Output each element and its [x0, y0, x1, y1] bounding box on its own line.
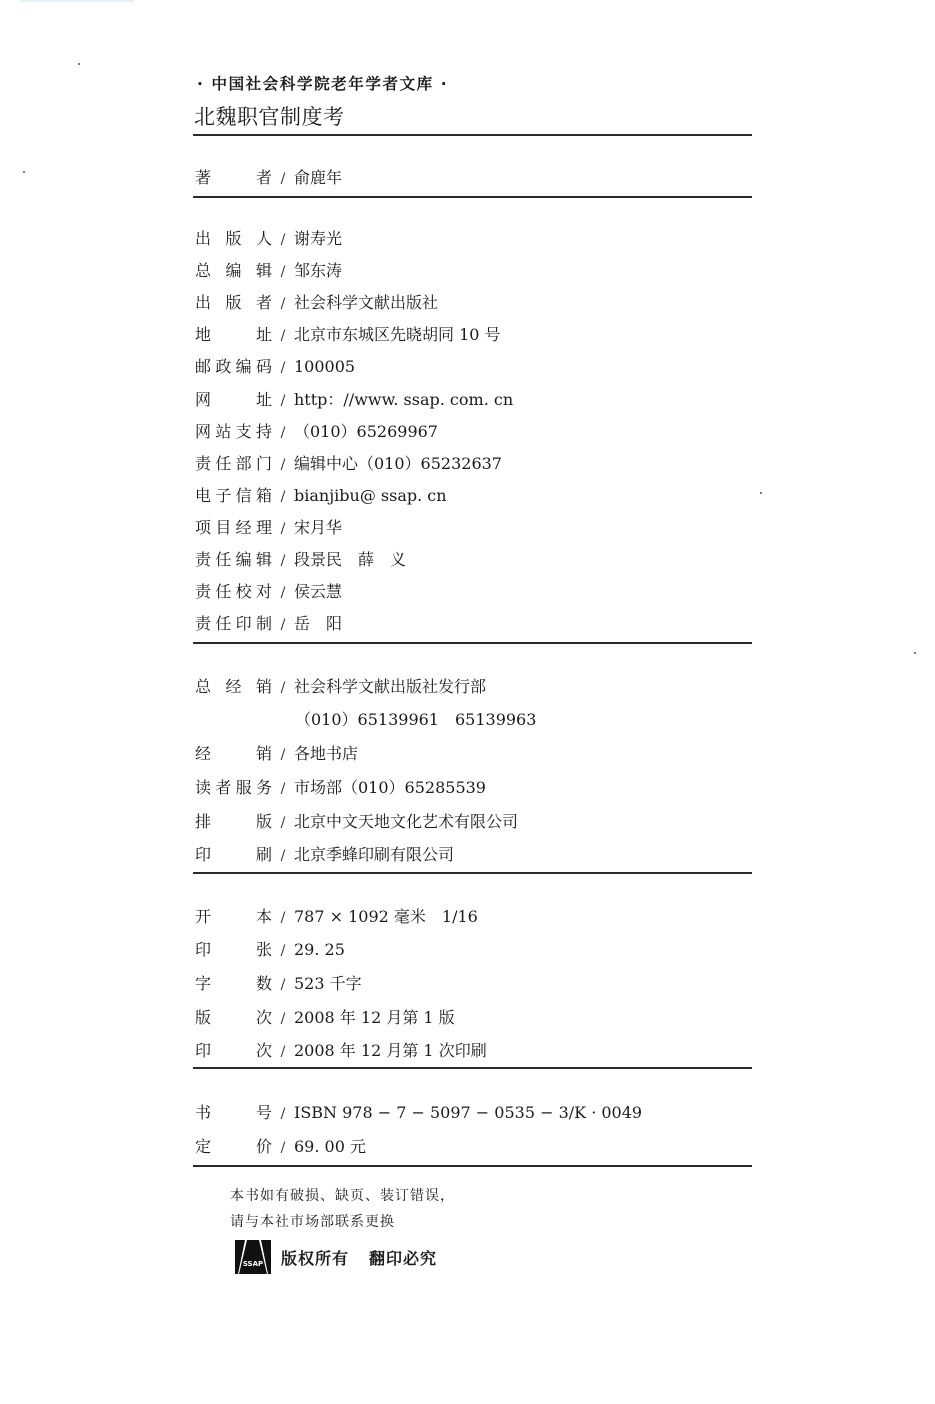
separator: /	[272, 260, 294, 284]
separator: /	[272, 777, 294, 801]
publisher-row: 出版人/谢寿光	[195, 227, 342, 251]
author-row: 著 者/俞鹿年	[195, 166, 342, 190]
project-manager-value: 宋月华	[294, 516, 342, 540]
separator: /	[272, 906, 294, 930]
isbn-value: ISBN 978 − 7 − 5097 − 0535 − 3/K · 0049	[294, 1101, 642, 1125]
impression-label: 印 次	[195, 1039, 272, 1063]
divider	[193, 134, 752, 136]
divider	[193, 196, 752, 198]
isbn-label: 书 号	[195, 1101, 272, 1125]
publisher-label: 出版人	[195, 227, 272, 251]
separator: /	[272, 167, 294, 191]
separator: /	[272, 453, 294, 477]
address-label: 地 址	[195, 323, 272, 347]
typesetting-value: 北京中文天地文化艺术有限公司	[294, 810, 518, 834]
separator: /	[272, 613, 294, 637]
divider	[193, 642, 752, 644]
print-supervisor-value: 岳 阳	[294, 612, 342, 636]
separator: /	[272, 676, 294, 700]
press-label: 出版者	[195, 291, 272, 315]
general-distributor-label: 总经销	[195, 675, 272, 699]
separator: /	[272, 356, 294, 380]
word-count-row: 字 数/523 千字	[195, 972, 362, 996]
web-support-label: 网站支持	[195, 420, 272, 444]
separator: /	[272, 517, 294, 541]
editors-value: 段景民 薛 义	[294, 548, 406, 572]
format-label: 开 本	[195, 905, 272, 929]
distributor-value: 各地书店	[294, 742, 358, 766]
isbn-row: 书 号/ISBN 978 − 7 − 5097 − 0535 − 3/K · 0…	[195, 1101, 642, 1125]
price-label: 定 价	[195, 1135, 272, 1159]
proofreader-row: 责任校对/侯云慧	[195, 580, 342, 604]
sheets-row: 印 张/29. 25	[195, 938, 345, 962]
word-count-value: 523 千字	[294, 972, 362, 996]
divider	[193, 872, 752, 874]
chief-editor-value: 邹东涛	[294, 259, 342, 283]
website-row: 网 址/http：//www. ssap. com. cn	[195, 388, 513, 412]
reader-service-row: 读者服务/市场部（010）65285539	[195, 776, 486, 800]
format-value: 787 × 1092 毫米 1/16	[294, 905, 478, 929]
print-supervisor-row: 责任印制/岳 阳	[195, 612, 342, 636]
reader-service-label: 读者服务	[195, 776, 272, 800]
separator: /	[272, 844, 294, 868]
web-support-value: （010）65269967	[294, 420, 438, 444]
separator: /	[272, 549, 294, 573]
separator: /	[272, 421, 294, 445]
web-support-row: 网站支持/（010）65269967	[195, 420, 438, 444]
typesetting-label: 排 版	[195, 810, 272, 834]
address-row: 地 址/北京市东城区先晓胡同 10 号	[195, 323, 501, 347]
piracy-warning: 翻印必究	[369, 1249, 437, 1268]
scan-speck	[23, 171, 25, 173]
project-manager-row: 项目经理/宋月华	[195, 516, 342, 540]
reader-service-value: 市场部（010）65285539	[294, 776, 486, 800]
word-count-label: 字 数	[195, 972, 272, 996]
postcode-label: 邮政编码	[195, 355, 272, 379]
printing-row: 印 刷/北京季蜂印刷有限公司	[195, 843, 454, 867]
separator: /	[272, 1136, 294, 1160]
scan-edge-mark	[20, 0, 134, 2]
address-value: 北京市东城区先晓胡同 10 号	[294, 323, 501, 347]
email-row: 电子信箱/bianjibu@ ssap. cn	[195, 484, 447, 508]
separator: /	[272, 228, 294, 252]
distributor-label: 经 销	[195, 742, 272, 766]
format-row: 开 本/787 × 1092 毫米 1/16	[195, 905, 478, 929]
impression-value: 2008 年 12 月第 1 次印刷	[294, 1039, 487, 1063]
author-label: 著 者	[195, 166, 272, 190]
postcode-value: 100005	[294, 355, 355, 379]
edition-value: 2008 年 12 月第 1 版	[294, 1006, 455, 1030]
impression-row: 印 次/2008 年 12 月第 1 次印刷	[195, 1039, 487, 1063]
separator: /	[272, 581, 294, 605]
typesetting-row: 排 版/北京中文天地文化艺术有限公司	[195, 810, 518, 834]
general-distributor-row: 总经销/社会科学文献出版社发行部	[195, 675, 486, 699]
separator: /	[272, 389, 294, 413]
separator: /	[272, 743, 294, 767]
sheets-value: 29. 25	[294, 938, 345, 962]
postcode-row: 邮政编码/100005	[195, 355, 355, 379]
price-row: 定 价/69. 00 元	[195, 1135, 366, 1159]
department-label: 责任部门	[195, 452, 272, 476]
website-link[interactable]: http：//www. ssap. com. cn	[294, 388, 513, 412]
damage-notice-line2: 请与本社市场部联系更换	[230, 1211, 395, 1231]
separator: /	[272, 1007, 294, 1031]
department-value: 编辑中心（010）65232637	[294, 452, 502, 476]
email-label: 电子信箱	[195, 484, 272, 508]
series-name: · 中国社会科学院老年学者文库 ·	[197, 72, 448, 94]
scan-speck	[760, 492, 762, 494]
general-distributor-value: 社会科学文献出版社发行部	[294, 675, 486, 699]
proofreader-value: 侯云慧	[294, 580, 342, 604]
press-row: 出版者/社会科学文献出版社	[195, 291, 438, 315]
sheets-label: 印 张	[195, 938, 272, 962]
project-manager-label: 项目经理	[195, 516, 272, 540]
distributor-phones: （010）65139961 65139963	[295, 708, 536, 732]
scan-speck	[914, 652, 916, 654]
press-value: 社会科学文献出版社	[294, 291, 438, 315]
printing-value: 北京季蜂印刷有限公司	[294, 843, 454, 867]
separator: /	[272, 1040, 294, 1064]
separator: /	[272, 485, 294, 509]
separator: /	[272, 324, 294, 348]
separator: /	[272, 811, 294, 835]
separator: /	[272, 939, 294, 963]
book-title: 北魏职官制度考	[194, 101, 345, 131]
rights-reserved: 版权所有	[281, 1249, 349, 1268]
website-label: 网 址	[195, 388, 272, 412]
edition-label: 版 次	[195, 1006, 272, 1030]
damage-notice-line1: 本书如有破损、缺页、装订错误，	[230, 1185, 455, 1205]
distributor-row: 经 销/各地书店	[195, 742, 358, 766]
price-value: 69. 00 元	[294, 1135, 366, 1159]
separator: /	[272, 1102, 294, 1126]
printing-label: 印 刷	[195, 843, 272, 867]
ssap-logo-icon: SSAP	[233, 1238, 273, 1276]
chief-editor-row: 总编辑/邹东涛	[195, 259, 342, 283]
chief-editor-label: 总编辑	[195, 259, 272, 283]
scan-speck	[78, 63, 80, 65]
proofreader-label: 责任校对	[195, 580, 272, 604]
publisher-value: 谢寿光	[294, 227, 342, 251]
edition-row: 版 次/2008 年 12 月第 1 版	[195, 1006, 455, 1030]
separator: /	[272, 973, 294, 997]
editors-row: 责任编辑/段景民 薛 义	[195, 548, 406, 572]
email-link[interactable]: bianjibu@ ssap. cn	[294, 484, 447, 508]
divider	[193, 1067, 752, 1069]
author-value: 俞鹿年	[294, 166, 342, 190]
editors-label: 责任编辑	[195, 548, 272, 572]
separator: /	[272, 292, 294, 316]
svg-text:SSAP: SSAP	[243, 1260, 263, 1268]
rights-text: 版权所有翻印必究	[281, 1246, 437, 1269]
department-row: 责任部门/编辑中心（010）65232637	[195, 452, 502, 476]
divider	[193, 1165, 752, 1167]
copyright-block: SSAP 版权所有翻印必究	[233, 1238, 437, 1276]
print-supervisor-label: 责任印制	[195, 612, 272, 636]
